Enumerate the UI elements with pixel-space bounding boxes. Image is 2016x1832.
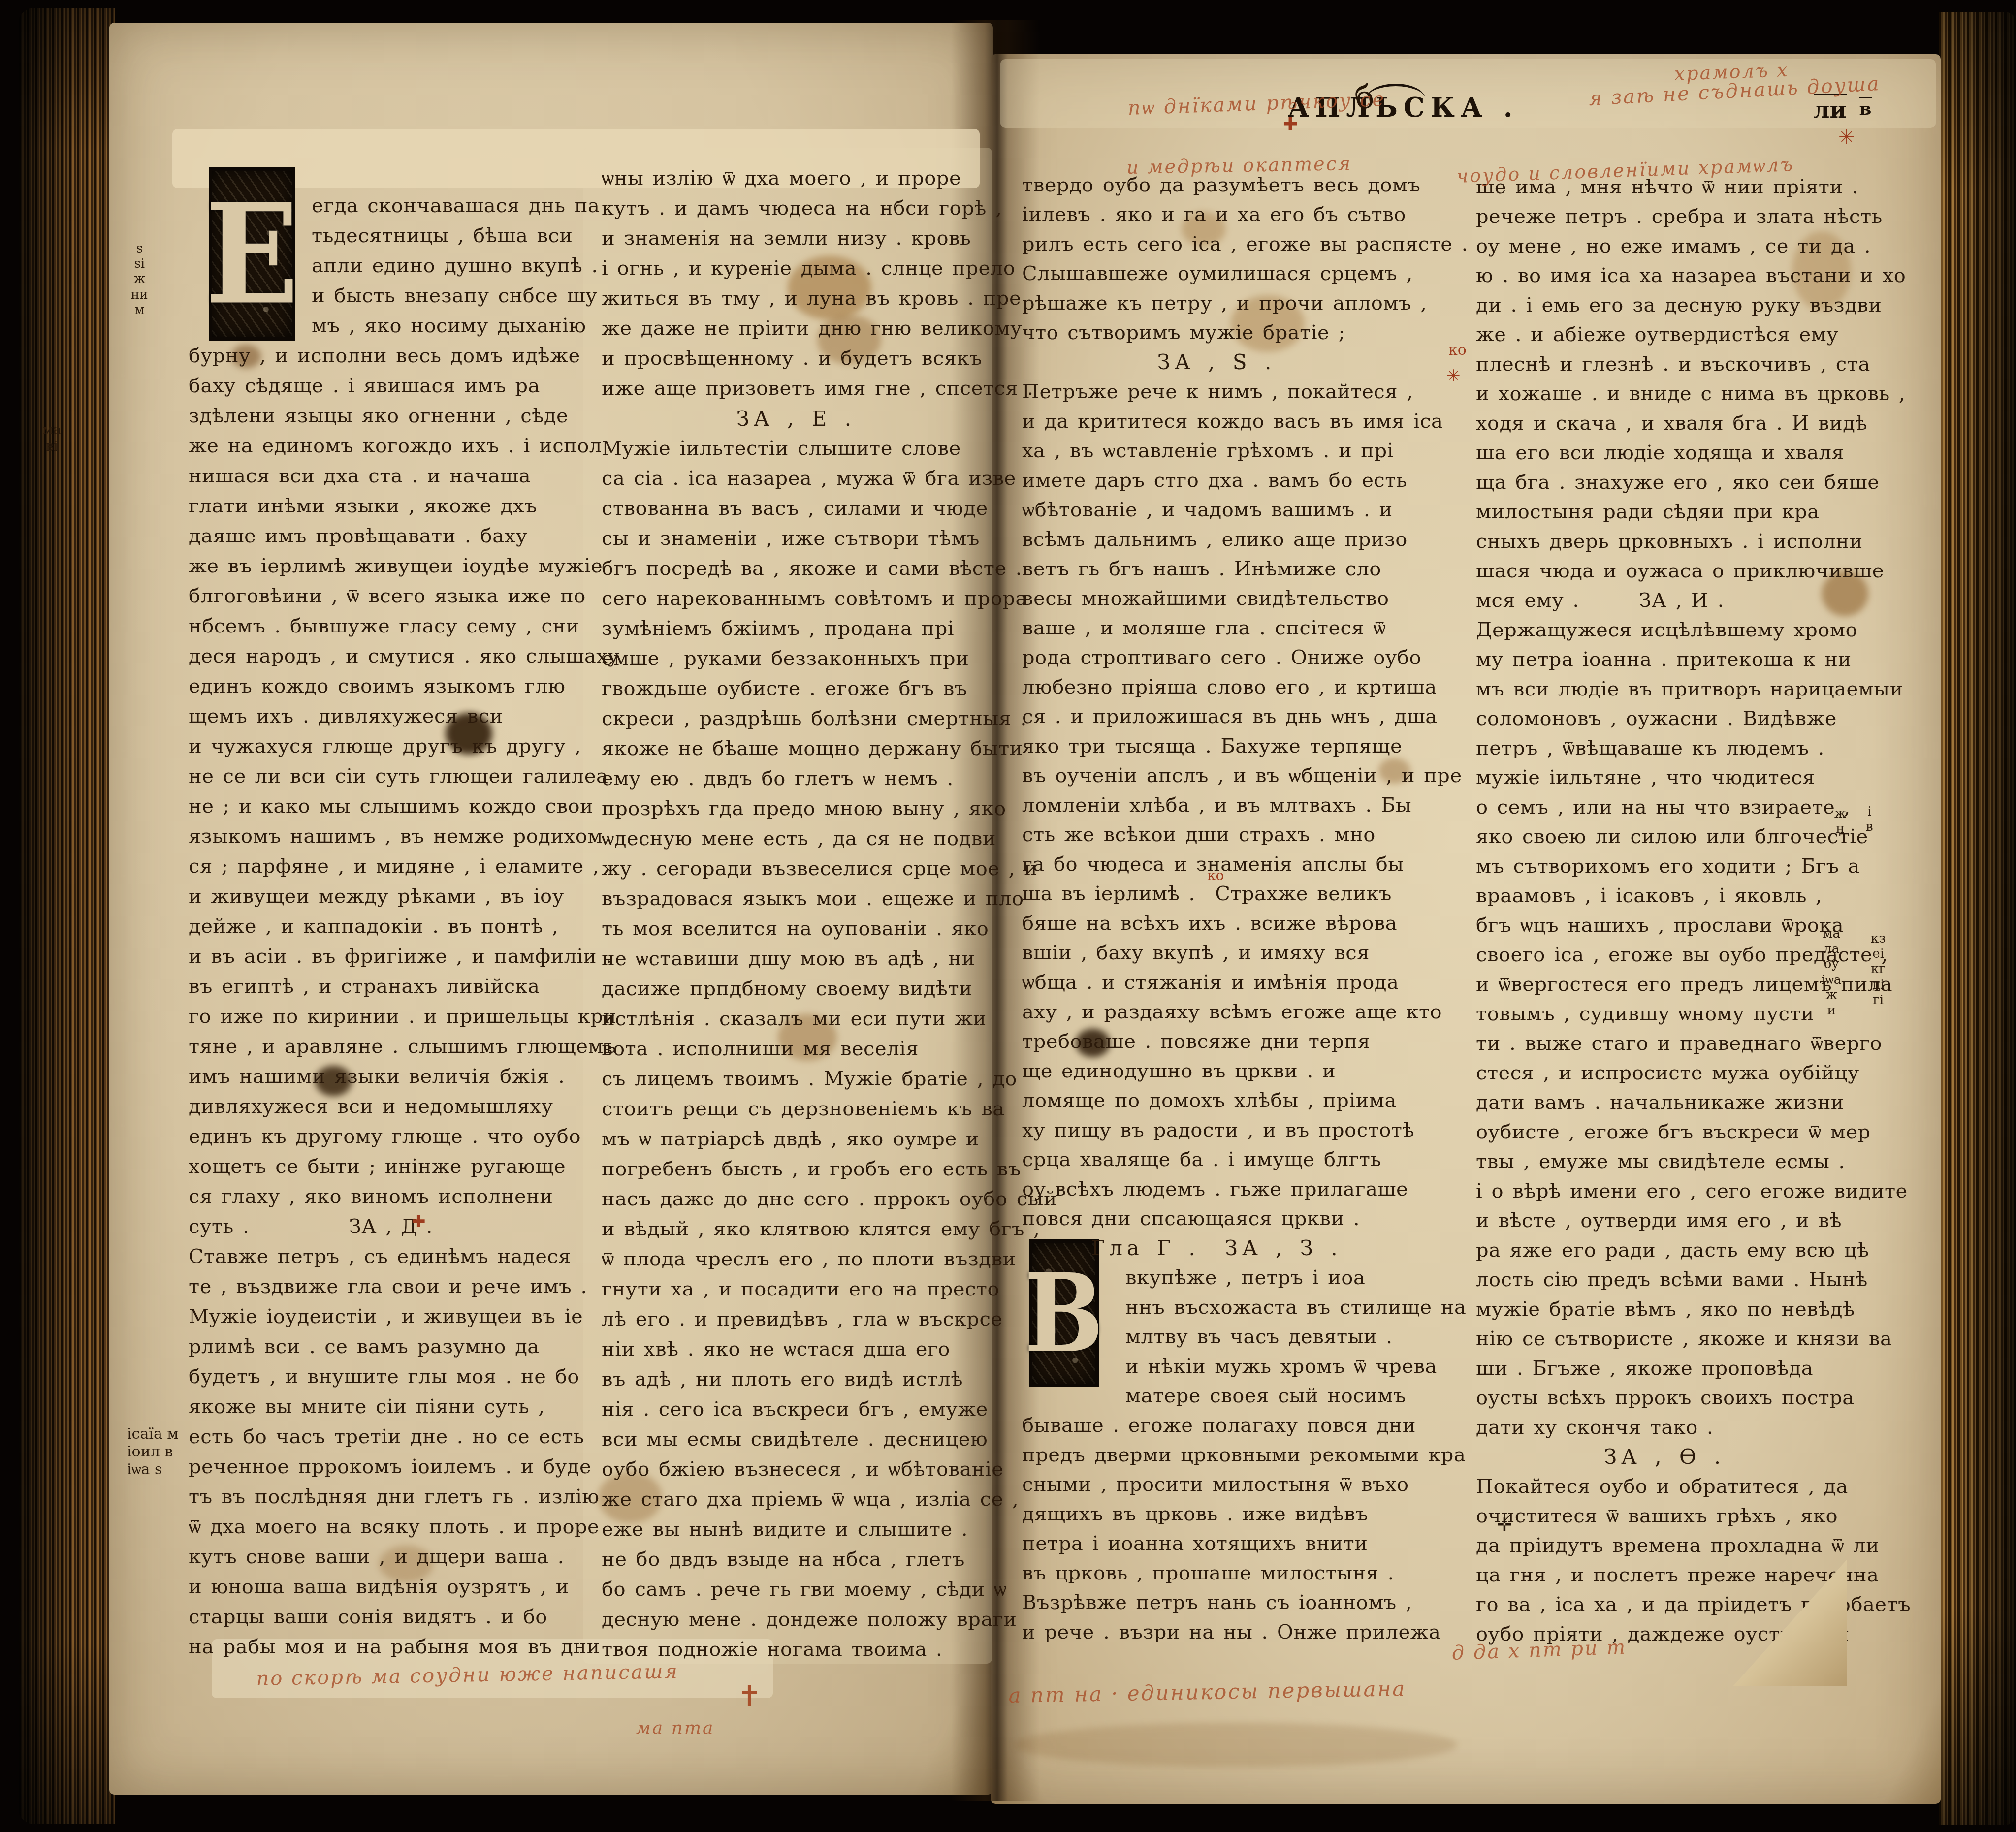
text-line: не бо двдъ взыде на нбса , глетъ [602,1545,991,1575]
text-line: о семъ , или на ны что взираете , [1476,792,1853,822]
text-line: ѿ плода чреслъ его , по плоти въздви [602,1244,991,1274]
text-line: иже аще призоветъ имя гне , спсется . [602,374,991,404]
text-line: да пріидутъ времена прохладна ѿ ли [1476,1531,1853,1560]
text-line: рлимѣ вси . се вамъ разумно да [189,1332,571,1362]
text-line: млтву въ часъ девятыи . [1022,1322,1411,1352]
text-line: мужіе іильтяне , что чюдитеся [1476,763,1853,792]
text-line: жу . сегоради възвеселися срце мое , и [602,854,991,884]
book-photo: АПЛЬСКА . лив Е В егда скончавашася днь … [0,0,2016,1832]
text-line: и хожаше . и вниде с нима въ црковь , [1476,379,1853,409]
text-line: всѣмъ дальнимъ , елико аще призо [1022,525,1411,554]
text-line: оусты всѣхъ пррокъ своихъ постра [1476,1383,1853,1413]
text-line: и рече . възри на ны . Онже прилежа [1022,1617,1411,1647]
text-line: нія . сего іса въскреси бгъ , емуже [602,1394,991,1424]
text-line: же въ іерлимѣ живущеи іоудѣе мужіе [189,551,571,581]
text-line: рѣшаже къ петру , и прочи апломъ , [1022,288,1411,318]
text-line: бгъ посредѣ ва , якоже и сами вѣсте . [602,554,991,584]
text-line: съ лицемъ твоимъ . Мужіе братіе , до [602,1064,991,1094]
text-line: баху сѣдяще . і явишася имъ ра [189,371,571,401]
text-line: възрадовася языкъ мои . ещеже и пло [602,884,991,914]
margin-note: ма ві [42,421,61,454]
rubric-mark: ✳ [1446,366,1461,386]
text-line: го иже по киринии . и пришельцы кри [189,1002,571,1032]
text-line: дати вамъ . начальникаже жизни [1476,1088,1853,1117]
text-line: глати инѣми языки , якоже дхъ [189,491,571,521]
text-line: іилевъ . яко и га и ха его бъ сътво [1022,200,1411,229]
text-line: же даже не пріити дню гню великому [602,314,991,344]
text-line: апли едино душно вкупѣ . [189,251,571,281]
text-line: Петръже рече к нимъ , покайтеся , [1022,377,1411,407]
text-line: ходя и скача , и хваля бга . И видѣ [1476,409,1853,438]
text-line: истлѣнія . сказалъ ми еси пути жи [602,1004,991,1034]
text-line: ся глаху , яко виномъ исполнени [189,1182,571,1212]
text-line: ему ею . двдъ бо глетъ ѡ немъ . [602,764,991,794]
text-line: мъ , яко носиму дыханію [189,311,571,341]
handwritten-note: храмолъ х [1674,59,1789,85]
text-line: своего іса , егоже вы оубо предасте , [1476,940,1853,970]
text-line: хощетъ се быти ; инінже ругающе [189,1152,571,1182]
text-line: яко три тысяща . Бахуже терпяще [1022,731,1411,761]
text-line: и нѣкіи мужь хромъ ѿ чрева [1022,1352,1411,1381]
text-line: са сіа . іса назареа , мужа ѿ бга изве [602,464,991,494]
folio-quire-number: в [1859,97,1872,119]
text-line: языкомъ нашимъ , въ немже родихом [189,821,571,852]
margin-note: ж н [1834,806,1846,837]
text-line: десную мене . дондеже положу враги [602,1605,991,1635]
text-line: Покайтеся оубо и обратитеся , да [1476,1472,1853,1501]
text-line: гвождьше оубисте . егоже бгъ въ [602,674,991,704]
text-line: товымъ , судившу ѡному пусти [1476,999,1853,1029]
text-line: бгъ ѡцъ нашихъ , прослави ѿрока [1476,911,1853,940]
text-line: ѡны излію ѿ дха моего , и проре [602,163,991,193]
text-line: стоитъ рещи съ дерзновеніемъ къ ва [602,1094,991,1124]
text-line: старцы ваши сонія видятъ . и бо [189,1602,571,1632]
stain-spot [1014,1723,1457,1767]
text-line: повся дни спсающаяся цркви . [1022,1204,1411,1233]
text-line: го ва , іса ха , и да пріидетъ подобаетъ [1476,1590,1853,1619]
text-line: очиститеся ѿ вашихъ грѣхъ , яко [1476,1501,1853,1531]
text-line: же на единомъ когождо ихъ . і испол [189,431,571,461]
text-line: нбсемъ . бывшуже гласу сему , сни [189,611,571,641]
margin-note: і в [1866,804,1873,835]
rubric-mark: ко [1448,342,1467,359]
text-line: ветъ гь бгъ нашъ . Инѣмиже сло [1022,554,1411,584]
text-line: блгоговѣини , ѿ всего языка иже по [189,581,571,611]
text-line: есть бо часъ третіи дне . но се есть [189,1422,571,1452]
text-line: соломоновъ , оужасни . Видѣвже [1476,704,1853,733]
text-line: бурну , и исполни весь домъ идѣже [189,341,571,371]
text-line: единъ кождо своимъ языкомъ глю [189,671,571,701]
text-line: ра яже его ради , дасть ему всю цѣ [1476,1235,1853,1265]
text-line: мся ему . ЗА , И . [1476,586,1853,615]
text-line: суть . ЗА , Д . [189,1212,571,1242]
text-line: вшіи , баху вкупѣ , и имяху вся [1022,938,1411,968]
text-line: имъ нашими языки величія бжія . [189,1062,571,1092]
text-line: ши . Бгъже , якоже проповѣда [1476,1354,1853,1383]
rubric-mark: ✚ [412,1212,426,1232]
text-line: речеже петръ . сребра и злата нѣсть [1476,202,1853,231]
text-line: Слышавшеже оумилишася срцемъ , [1022,259,1411,288]
text-line: ца гня , и послетъ преже нареченна [1476,1560,1853,1590]
text-line: же . и абіеже оутвердистѣся ему [1476,320,1853,349]
text-line: не се ли вси сіи суть глющеи галилеа [189,761,571,791]
right-page-column-1: твердо оубо да разумѣетъ весь домъіилевъ… [1022,170,1411,1647]
text-line: не ѡставиши дшу мою въ адѣ , ни [602,944,991,974]
text-line: и вѣдый , яко клятвою клятся ему бгъ , [602,1214,991,1244]
text-line: срца хваляще ба . і имуще блгть [1022,1145,1411,1174]
text-line: и да крититеся кождо васъ въ имя іса [1022,407,1411,436]
text-line: му петра іоанна . притекоша к ни [1476,645,1853,674]
text-line: любезно пріяша слово его , и кртиша [1022,672,1411,702]
text-line: ха , въ ѡставленіе грѣхомъ . и прі [1022,436,1411,466]
text-line: і огнь , и куреніе дыма . слнце прело [602,253,991,284]
text-line: ще единодушно въ цркви . и [1022,1056,1411,1086]
text-line: даяше имъ провѣщавати . баху [189,521,571,551]
text-line: гнути ха , и посадити его на престо [602,1274,991,1304]
text-line: ди . і емь его за десную руку въздви [1476,290,1853,320]
text-line: матере своея сый носимъ [1022,1381,1411,1411]
text-line: оубисте , егоже бгъ въскреси ѿ мер [1476,1117,1853,1147]
text-line: здѣлени языцы яко огненни , сѣде [189,401,571,431]
rubric-mark: ✝ [737,1679,762,1713]
text-line: деся народъ , и смутися . яко слышаху [189,641,571,671]
text-line: петра і иоанна хотящихъ внити [1022,1529,1411,1558]
text-line: что сътворимъ мужіе братіе ; [1022,318,1411,347]
text-line: дящихъ въ црковь . иже видѣвъ [1022,1499,1411,1529]
text-line: дати ху скончя тако . [1476,1413,1853,1442]
text-line: кутъ . и дамъ чюдеса на нбси горѣ , [602,193,991,223]
text-line: щемъ ихъ . дивляхужеся вси [189,701,571,731]
fore-edge-left [19,8,115,1824]
text-line: оу мене , но еже имамъ , се ти да . [1476,231,1853,261]
text-line: оубо бжіею възнесеся , и ѡбѣтованіе [602,1454,991,1485]
text-line: въ црковь , прошаше милостыня . [1022,1558,1411,1588]
text-line: ти . выже стаго и праведнаго ѿверго [1476,1029,1853,1058]
margin-note: ѕ ѕі ж ни м [131,241,148,318]
text-line: те , въздвиже гла свои и рече имъ . [189,1272,571,1302]
rubric-mark: ✛ [1497,1514,1512,1536]
text-line: и бысть внезапу снбсе шу [189,281,571,311]
text-line: ломленіи хлѣба , и въ млтвахъ . Бы [1022,790,1411,820]
text-line: Держащужеся исцѣлѣвшему хромо [1476,615,1853,645]
text-line: ЗА , Е . [602,404,991,434]
text-line: бываше . егоже полагаху повся дни [1022,1411,1411,1440]
margin-note: ісаїа м іоил в іѡа ѕ [127,1425,179,1479]
text-line: требоваше . повсяже дни терпя [1022,1027,1411,1056]
text-line: плеснѣ и глезнѣ . и въскочивъ , ста [1476,349,1853,379]
text-line: емше , руками беззаконныхъ при [602,644,991,674]
text-line: ща бга . знахуже его , яко сеи бяше [1476,468,1853,497]
text-line: имете даръ стго дха . вамъ бо есть [1022,466,1411,495]
text-line: будетъ , и внушите глы моя . не бо [189,1362,571,1392]
text-line: ѡдесную мене есть , да ся не подви [602,824,991,854]
text-line: ть моя вселится на оупованіи . яко [602,914,991,944]
text-line: реченное пррокомъ іоилемъ . и буде [189,1452,571,1482]
text-line: Ставже петръ , съ единѣмъ надеся [189,1242,571,1272]
text-line: сть же всѣкои дши страхъ . мно [1022,820,1411,850]
text-line: предъ дверми црковными рекомыми кра [1022,1440,1411,1470]
text-line: ѿ дха моего на всяку плоть . и проре [189,1512,571,1542]
text-line: же стаго дха пріемь ѿ ѡца , изліа се , [602,1485,991,1515]
text-line: на рабы моя и на рабыня моя въ дни [189,1632,571,1662]
text-line: и юноша ваша видѣнія оузрятъ , и [189,1572,571,1602]
text-line: нишася вси дха ста . и начаша [189,461,571,491]
text-line: вкупѣже , петръ і иоа [1022,1263,1411,1293]
text-line: Възрѣвже петръ нань съ іоанномъ , [1022,1588,1411,1617]
text-line: Мужіе іильтестіи слышите слове [602,434,991,464]
left-page-column-1: егда скончавашася днь патьдесятницы , бѣ… [189,191,571,1662]
handwritten-note: ма пта [636,1718,715,1738]
text-line: и знаменія на земли низу . кровь [602,223,991,253]
text-line: милостыня ради сѣдяи при кра [1476,497,1853,527]
text-line: сего нарекованнымъ совѣтомъ и прора [602,584,991,614]
text-line: насъ даже до дне сего . пррокъ оубо сый [602,1184,991,1214]
text-line: тьдесятницы , бѣша вси [189,221,571,251]
text-line: тяне , и аравляне . слышимъ глющемъ [189,1032,571,1062]
text-line: ЗА , Ѳ . [1476,1442,1853,1472]
handwritten-note: и медрѣи окаптеся [1126,153,1352,178]
text-line: скреси , раздрѣшь болѣзни смертныя . [602,704,991,734]
text-line: мъ ѡ патріарсѣ двдѣ , яко оумре и [602,1124,991,1154]
left-page-column-2: ѡны излію ѿ дха моего , и прорекутъ . и … [602,163,991,1665]
text-line: мъ вси людіе въ притворъ нарицаемыи [1476,674,1853,704]
text-line: рода строптиваго сего . Ониже оубо [1022,643,1411,672]
text-line: егда скончавашася днь па [189,191,571,221]
text-line: ю . во имя іса ха назареа въстани и хо [1476,261,1853,290]
text-line: вота . исполниши мя веселія [602,1034,991,1064]
folio-number: лив [1814,96,1872,123]
text-line: стеся , и испросисте мужа оубійцу [1476,1058,1853,1088]
text-line: и вѣсте , оутверди имя его , и вѣ [1476,1206,1853,1235]
text-line: сы и знаменіи , иже сътвори тѣмъ [602,524,991,554]
text-line: мужіе братіе вѣмъ , яко по невѣдѣ [1476,1295,1853,1324]
text-line: ша его вси людіе ходяща и хваля [1476,438,1853,468]
text-line: кутъ снове ваши , и дщери ваша . [189,1542,571,1572]
text-line: въ египтѣ , и странахъ ливійска [189,972,571,1002]
text-line: и чужахуся глюще другъ къ другу , [189,731,571,761]
rubric-mark: ✳ [1838,126,1855,149]
text-line: ша въ іерлимѣ . Страхже великъ [1022,879,1411,909]
rubric-mark: ✚ [1283,114,1298,134]
text-line: погребенъ бысть , и гробъ его есть въ [602,1154,991,1184]
text-line: зумѣніемъ бжіимъ , продана прі [602,614,991,644]
text-line: сныхъ дверь црковныхъ . і исполни [1476,527,1853,556]
text-line: еже вы нынѣ видите и слышите . [602,1515,991,1545]
text-line: лѣ его . и превидѣвъ , гла ѡ въскрсе [602,1304,991,1334]
text-line: и просвѣщенному . и будетъ всякъ [602,344,991,374]
text-line: Мужіе іоудеистіи , и живущеи въ іе [189,1302,571,1332]
right-page-column-2: ше има , мня нѣчто ѿ нии пріяти .речеже … [1476,172,1853,1649]
text-line: лость сію предъ всѣми вами . Нынѣ [1476,1265,1853,1295]
text-line: ЗА , Ѕ . [1022,347,1411,377]
text-line: въ адѣ , ни плоть его видѣ истлѣ [602,1364,991,1394]
text-line: и живущеи между рѣками , въ іоу [189,882,571,912]
text-line: твы , емуже мы свидѣтеле есмы . [1476,1147,1853,1176]
text-line: ѡбѣтованіе , и чадомъ вашимъ . и [1022,495,1411,525]
text-line: яко своею ли силою или блгочестіе [1476,822,1853,852]
text-line: и въ асіи . въ фригіиже , и памфиліи . [189,942,571,972]
text-line: дейже , и каппадокіи . въ понтѣ , [189,912,571,942]
text-line: якоже не бѣаше мощно держану быти [602,734,991,764]
rubric-mark: ко [1207,867,1224,884]
text-line: сными , просити милостыня ѿ въхо [1022,1470,1411,1499]
text-line: единъ къ другому глюще . что оубо [189,1122,571,1152]
text-line: мъ сътворихомъ его ходити ; Бгъ а [1476,852,1853,881]
text-line: аху , и раздаяху всѣмъ егоже аще кто [1022,997,1411,1027]
text-line: въ оученіи апслъ , и въ ѡбщеніи , и пре [1022,761,1411,790]
text-line: нію се сътвористе , якоже и князи ва [1476,1324,1853,1354]
text-line: і о вѣрѣ имени его , сего егоже видите [1476,1176,1853,1206]
text-line: ся ; парфяне , и мидяне , і еламите , [189,852,571,882]
text-line: шася чюда и оужаса о приключивше [1476,556,1853,586]
text-line: бо самъ . рече гь гви моему , сѣди ѡ [602,1575,991,1605]
margin-note: кз еі кг ді гі [1871,931,1886,1008]
text-line: оу всѣхъ людемъ . гьже прилагаше [1022,1174,1411,1204]
fore-edge-right [1939,12,2016,1825]
text-line: ствованна въ васъ , силами и чюде [602,494,991,524]
text-line: враамовъ , і ісаковъ , і яковль , [1476,881,1853,911]
text-line: прозрѣхъ гда предо мною выну , яко [602,794,991,824]
text-line: ся . и приложишася въ днь ѡнъ , дша [1022,702,1411,731]
text-line: ваше , и моляше гла . спсітеся ѿ [1022,613,1411,643]
text-line: рилъ есть сего іса , егоже вы распясте . [1022,229,1411,259]
text-line: житься въ тму , и луна въ кровь . пре [602,284,991,314]
text-line: ннъ въсхожаста въ стилище на [1022,1293,1411,1322]
text-line: не ; и како мы слышимъ кождо свои [189,791,571,821]
text-line: якоже вы мните сіи піяни суть , [189,1392,571,1422]
text-line: дасиже прпдбному своему видѣти [602,974,991,1004]
text-line: тъ въ послѣдняя дни глетъ гь . излію [189,1482,571,1512]
text-line: весы множайшими свидѣтельство [1022,584,1411,613]
text-line: петръ , ѿвѣщаваше къ людемъ . [1476,733,1853,763]
text-line: ху пищу въ радости , и въ простотѣ [1022,1115,1411,1145]
text-line: дивляхужеся вси и недомышляху [189,1092,571,1122]
text-line: ніи хвѣ . яко не ѡстася дша его [602,1334,991,1364]
text-line: Гла Г . ЗА , З . [1022,1233,1411,1263]
text-line: и ѿвергостеся его предъ лицемъ пила [1476,970,1853,999]
text-line: бяше на всѣхъ ихъ . всиже вѣрова [1022,909,1411,938]
text-line: ѡбща . и стяжанія и имѣнія прода [1022,968,1411,997]
text-line: вси мы есмы свидѣтеле . десницею [602,1424,991,1454]
margin-note: ма ла оу іѡа ж и [1822,926,1841,1018]
text-line: ломяще по домохъ хлѣбы , пріима [1022,1086,1411,1115]
